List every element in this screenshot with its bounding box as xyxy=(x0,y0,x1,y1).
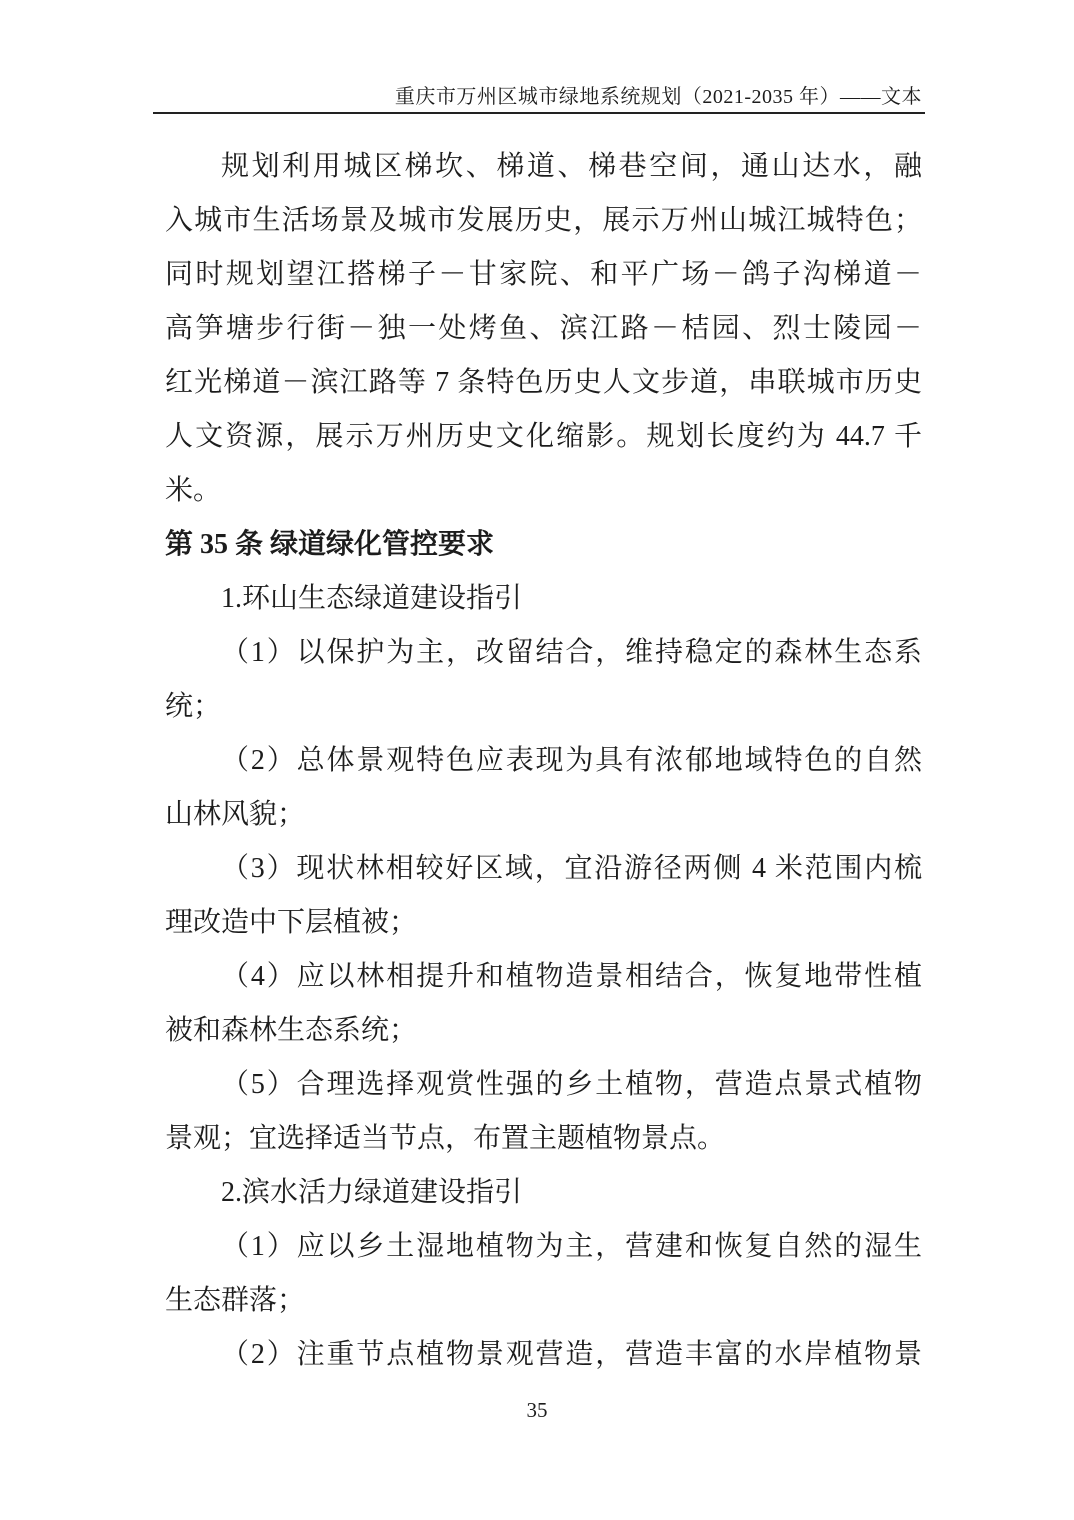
paragraph-line: 生态群落； xyxy=(165,1274,922,1328)
paragraph-line: （1）以保护为主，改留结合，维持稳定的森林生态系 xyxy=(165,626,922,680)
paragraph-line: 理改造中下层植被； xyxy=(165,896,922,950)
paragraph-line: （4）应以林相提升和植物造景相结合，恢复地带性植 xyxy=(165,950,922,1004)
paragraph-line: 入城市生活场景及城市发展历史，展示万州山城江城特色； xyxy=(165,194,922,248)
paragraph-line: 红光梯道－滨江路等 7 条特色历史人文步道，串联城市历史 xyxy=(165,356,922,410)
document-body: 规划利用城区梯坎、梯道、梯巷空间，通山达水，融入城市生活场景及城市发展历史，展示… xyxy=(165,140,922,1382)
paragraph-line: 同时规划望江搭梯子－甘家院、和平广场－鸽子沟梯道－ xyxy=(165,248,922,302)
header-divider xyxy=(153,112,925,114)
paragraph-line: （5）合理选择观赏性强的乡土植物，营造点景式植物 xyxy=(165,1058,922,1112)
page-header-title: 重庆市万州区城市绿地系统规划（2021-2035 年）——文本 xyxy=(165,84,922,110)
paragraph-line: 统； xyxy=(165,680,922,734)
paragraph-line: 山林风貌； xyxy=(165,788,922,842)
paragraph-line: （2）注重节点植物景观营造，营造丰富的水岸植物景 xyxy=(165,1328,922,1382)
list-item-heading: 2.滨水活力绿道建设指引 xyxy=(165,1166,922,1220)
paragraph-line: 规划利用城区梯坎、梯道、梯巷空间，通山达水，融 xyxy=(165,140,922,194)
page-number: 35 xyxy=(0,1396,1074,1424)
paragraph-line: 人文资源，展示万州历史文化缩影。规划长度约为 44.7 千 xyxy=(165,410,922,464)
paragraph-line: 米。 xyxy=(165,464,922,518)
section-heading: 第 35 条 绿道绿化管控要求 xyxy=(165,518,922,572)
paragraph-line: 高笋塘步行街－独一处烤鱼、滨江路－桔园、烈士陵园－ xyxy=(165,302,922,356)
paragraph-line: （1）应以乡土湿地植物为主，营建和恢复自然的湿生 xyxy=(165,1220,922,1274)
paragraph-line: 景观；宜选择适当节点，布置主题植物景点。 xyxy=(165,1112,922,1166)
paragraph-line: （2）总体景观特色应表现为具有浓郁地域特色的自然 xyxy=(165,734,922,788)
list-item-heading: 1.环山生态绿道建设指引 xyxy=(165,572,922,626)
document-page: 重庆市万州区城市绿地系统规划（2021-2035 年）——文本 规划利用城区梯坎… xyxy=(0,0,1074,1520)
paragraph-line: 被和森林生态系统； xyxy=(165,1004,922,1058)
paragraph-line: （3）现状林相较好区域，宜沿游径两侧 4 米范围内梳 xyxy=(165,842,922,896)
